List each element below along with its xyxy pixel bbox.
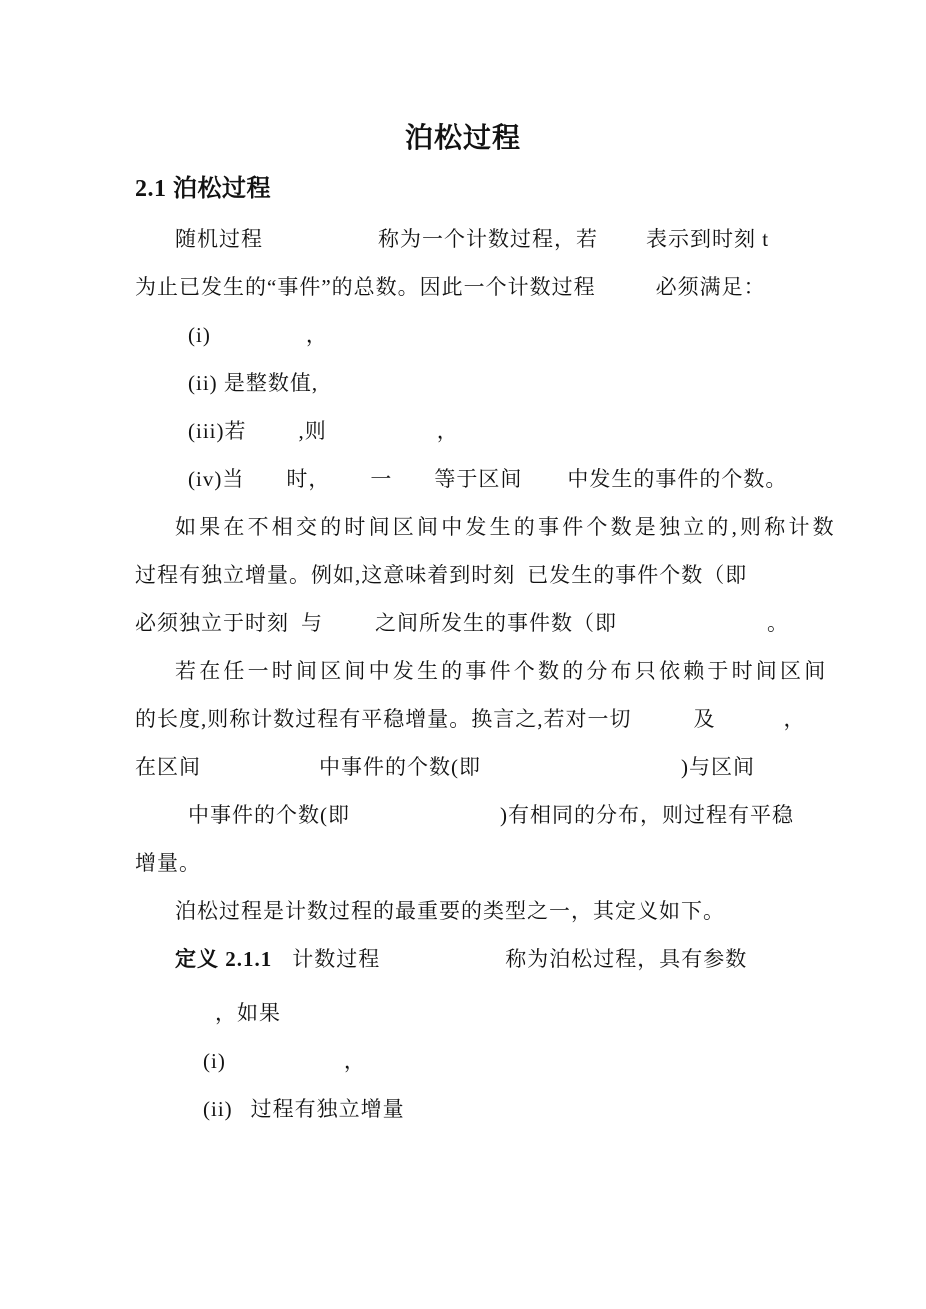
section-heading: 2.1 泊松过程 [135, 168, 271, 203]
text-segment: ， [437, 418, 459, 444]
text-segment: 已发生的事件个数（即 [527, 562, 747, 588]
text-segment: ， [784, 706, 806, 732]
text-segment: 如果在不相交的时间区间中发生的事件个数是独立的,则称计数 [175, 514, 837, 540]
text-segment: 过程有独立增量 [251, 1096, 405, 1122]
list-indent [135, 1115, 203, 1116]
formula-placeholder [716, 725, 784, 726]
definition-item-ii: (ii)过程有独立增量 [135, 1096, 835, 1122]
formula-placeholder [263, 245, 378, 246]
formula-placeholder [135, 821, 188, 822]
list-indent [135, 341, 188, 342]
text-segment: 过程有独立增量。例如,这意味着到时刻 [135, 562, 515, 588]
text-segment: ， [306, 322, 328, 348]
text-segment: 随机过程 [175, 226, 263, 252]
list-item-i: (i)， [135, 322, 835, 348]
text-segment: 时， [286, 466, 330, 492]
text-segment: 表示到时刻 t [646, 226, 769, 252]
text-segment: (ii) [203, 1096, 233, 1122]
paragraph-indent [135, 965, 175, 966]
formula-placeholder [226, 1067, 344, 1068]
paragraph-line: 过程有独立增量。例如,这意味着到时刻已发生的事件个数（即 [135, 562, 835, 588]
formula-placeholder [392, 485, 434, 486]
paragraph-indent [135, 677, 175, 678]
list-indent [135, 389, 188, 390]
formula-placeholder [135, 1019, 215, 1020]
text-segment: 为止已发生的“事件”的总数。因此一个计数过程 [135, 274, 596, 300]
formula-placeholder [380, 965, 505, 966]
text-segment: (iv)当 [188, 466, 244, 492]
formula-placeholder [327, 437, 437, 438]
paragraph-line: 中事件的个数(即)有相同的分布，则过程有平稳 [135, 802, 835, 828]
text-segment: 泊松过程是计数过程的最重要的类型之一，其定义如下。 [175, 898, 725, 924]
paragraph-line: 的长度,则称计数过程有平稳增量。换言之,若对一切及， [135, 706, 835, 732]
list-item-iii: (iii)若,则， [135, 418, 835, 444]
text-segment: )有相同的分布，则过程有平稳 [500, 802, 794, 828]
formula-placeholder [481, 773, 681, 774]
list-item-ii: (ii) 是整数值, [135, 370, 835, 396]
paragraph-indent [135, 245, 175, 246]
formula-placeholder [247, 437, 299, 438]
text-segment: 中事件的个数(即 [319, 754, 481, 780]
formula-placeholder [244, 485, 286, 486]
text-segment: 中发生的事件的个数。 [567, 466, 787, 492]
list-indent [135, 1067, 203, 1068]
formula-placeholder [632, 725, 694, 726]
paragraph-line: 增量。 [135, 850, 835, 876]
formula-placeholder [330, 485, 370, 486]
paragraph-line: 在区间中事件的个数(即)与区间 [135, 754, 835, 780]
definition-line: 定义 2.1.1计数过程称为泊松过程，具有参数 [135, 946, 835, 972]
spacer [233, 1115, 251, 1116]
text-segment: 。 [767, 610, 789, 636]
text-segment: 的长度,则称计数过程有平稳增量。换言之,若对一切 [135, 706, 632, 732]
text-segment: 称为泊松过程，具有参数 [505, 946, 747, 972]
text-segment: 增量。 [135, 850, 201, 876]
formula-placeholder [617, 629, 767, 630]
formula-placeholder [201, 773, 319, 774]
text-segment: 若在任一时间区间中发生的事件个数的分布只依赖于时间区间 [175, 658, 828, 684]
formula-placeholder [211, 341, 306, 342]
paragraph-indent [135, 917, 175, 918]
formula-placeholder [350, 821, 500, 822]
definition-item-i: (i)， [135, 1048, 835, 1074]
text-segment: 中事件的个数(即 [188, 802, 350, 828]
text-segment: (i) [203, 1048, 226, 1074]
text-segment: 必须满足： [656, 274, 766, 300]
text-segment: 等于区间 [434, 466, 522, 492]
paragraph-indent [135, 533, 175, 534]
list-indent [135, 437, 188, 438]
document-page: 泊松过程 2.1 泊松过程 随机过程称为一个计数过程，若表示到时刻 t 为止已发… [0, 0, 926, 1309]
formula-placeholder [515, 581, 527, 582]
definition-label: 定义 2.1.1 [175, 946, 272, 972]
text-segment: (iii)若 [188, 418, 247, 444]
definition-line: ，如果 [135, 1000, 835, 1026]
formula-placeholder [323, 629, 375, 630]
text-segment: 一 [370, 466, 392, 492]
text-segment: ，如果 [215, 1000, 281, 1026]
list-item-iv: (iv)当时，一等于区间中发生的事件的个数。 [135, 466, 835, 492]
text-segment: 与 [301, 610, 323, 636]
spacer [272, 965, 292, 966]
text-segment: )与区间 [681, 754, 755, 780]
text-segment: ， [344, 1048, 366, 1074]
text-segment: ,则 [299, 418, 327, 444]
paragraph-line: 必须独立于时刻与之间所发生的事件数（即。 [135, 610, 835, 636]
text-segment: 之间所发生的事件数（即 [375, 610, 617, 636]
paragraph-line: 若在任一时间区间中发生的事件个数的分布只依赖于时间区间 [135, 658, 835, 684]
list-indent [135, 485, 188, 486]
text-segment: 及 [694, 706, 716, 732]
text-segment: 在区间 [135, 754, 201, 780]
formula-placeholder [596, 293, 656, 294]
text-segment: (ii) 是整数值, [188, 370, 318, 396]
paragraph-line: 泊松过程是计数过程的最重要的类型之一，其定义如下。 [135, 898, 835, 924]
text-segment: 计数过程 [292, 946, 380, 972]
text-segment: (i) [188, 322, 211, 348]
paragraph-line: 随机过程称为一个计数过程，若表示到时刻 t [135, 226, 835, 252]
document-title: 泊松过程 [0, 116, 926, 156]
text-segment: 必须独立于时刻 [135, 610, 289, 636]
text-segment: 称为一个计数过程，若 [378, 226, 598, 252]
formula-placeholder [598, 245, 646, 246]
paragraph-line: 为止已发生的“事件”的总数。因此一个计数过程必须满足： [135, 274, 835, 300]
formula-placeholder [522, 485, 567, 486]
paragraph-line: 如果在不相交的时间区间中发生的事件个数是独立的,则称计数 [135, 514, 835, 540]
formula-placeholder [289, 629, 301, 630]
